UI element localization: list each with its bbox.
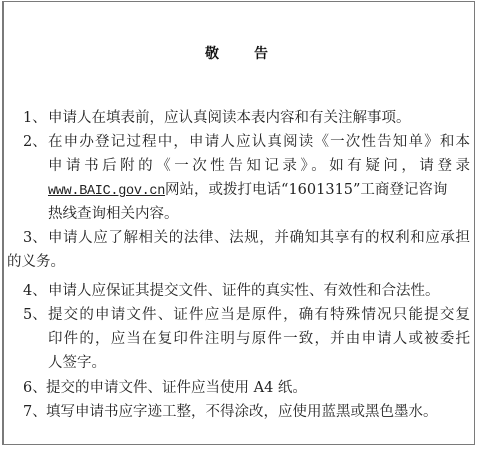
item-number: 4、 bbox=[23, 281, 47, 301]
website-link[interactable]: www.BAIC.gov.cn bbox=[48, 184, 165, 199]
item-text-line: 申请人在填表前，应认真阅读本表内容和有关注解事项。 bbox=[48, 108, 411, 128]
item-text-line: 申请人应了解相关的法律、法规，并确知其享有的权利和应承担 bbox=[48, 228, 470, 248]
item-text-line: 提交的申请文件、证件应当使用 A4 纸。 bbox=[46, 378, 307, 398]
item-number: 7、 bbox=[23, 402, 47, 422]
item-text-line: 的义务。 bbox=[7, 252, 65, 272]
item-text-line: 印件的，应当在复印件注明与原件一致，并由申请人或被委托 bbox=[48, 329, 470, 349]
item-number: 3、 bbox=[23, 228, 47, 248]
item-number: 2、 bbox=[23, 132, 47, 152]
title-char-1: 敬 bbox=[205, 43, 219, 63]
item-number: 1、 bbox=[23, 108, 47, 128]
item-text-line: 填写申请书应字迹工整，不得涂改，应使用蓝黑或黑色墨水。 bbox=[46, 402, 438, 422]
item-text-line: 热线查询相关内容。 bbox=[48, 204, 179, 224]
item-text-line: 人签字。 bbox=[48, 353, 106, 373]
title-char-2: 告 bbox=[254, 43, 268, 63]
item-text-line-with-link: www.BAIC.gov.cn网站，或拨打电话“1601315”工商登记咨询 bbox=[48, 180, 470, 200]
page-title: 敬 告 bbox=[0, 43, 479, 63]
item-text-line: 在申办登记过程中，申请人应认真阅读《一次性告知单》和本 bbox=[48, 132, 470, 152]
item-text-fragment: 网站，或拨打电话“1601315”工商登记咨询 bbox=[165, 182, 447, 198]
item-text-line: 提交的申请文件、证件应当是原件，确有特殊情况只能提交复 bbox=[48, 305, 470, 325]
item-number: 6、 bbox=[23, 378, 47, 398]
item-text-line: 申请人应保证其提交文件、证件的真实性、有效性和合法性。 bbox=[48, 281, 440, 301]
item-number: 5、 bbox=[23, 305, 47, 325]
item-text-line: 申请书后附的《一次性告知记录》。如有疑问，请登录 bbox=[48, 156, 470, 176]
